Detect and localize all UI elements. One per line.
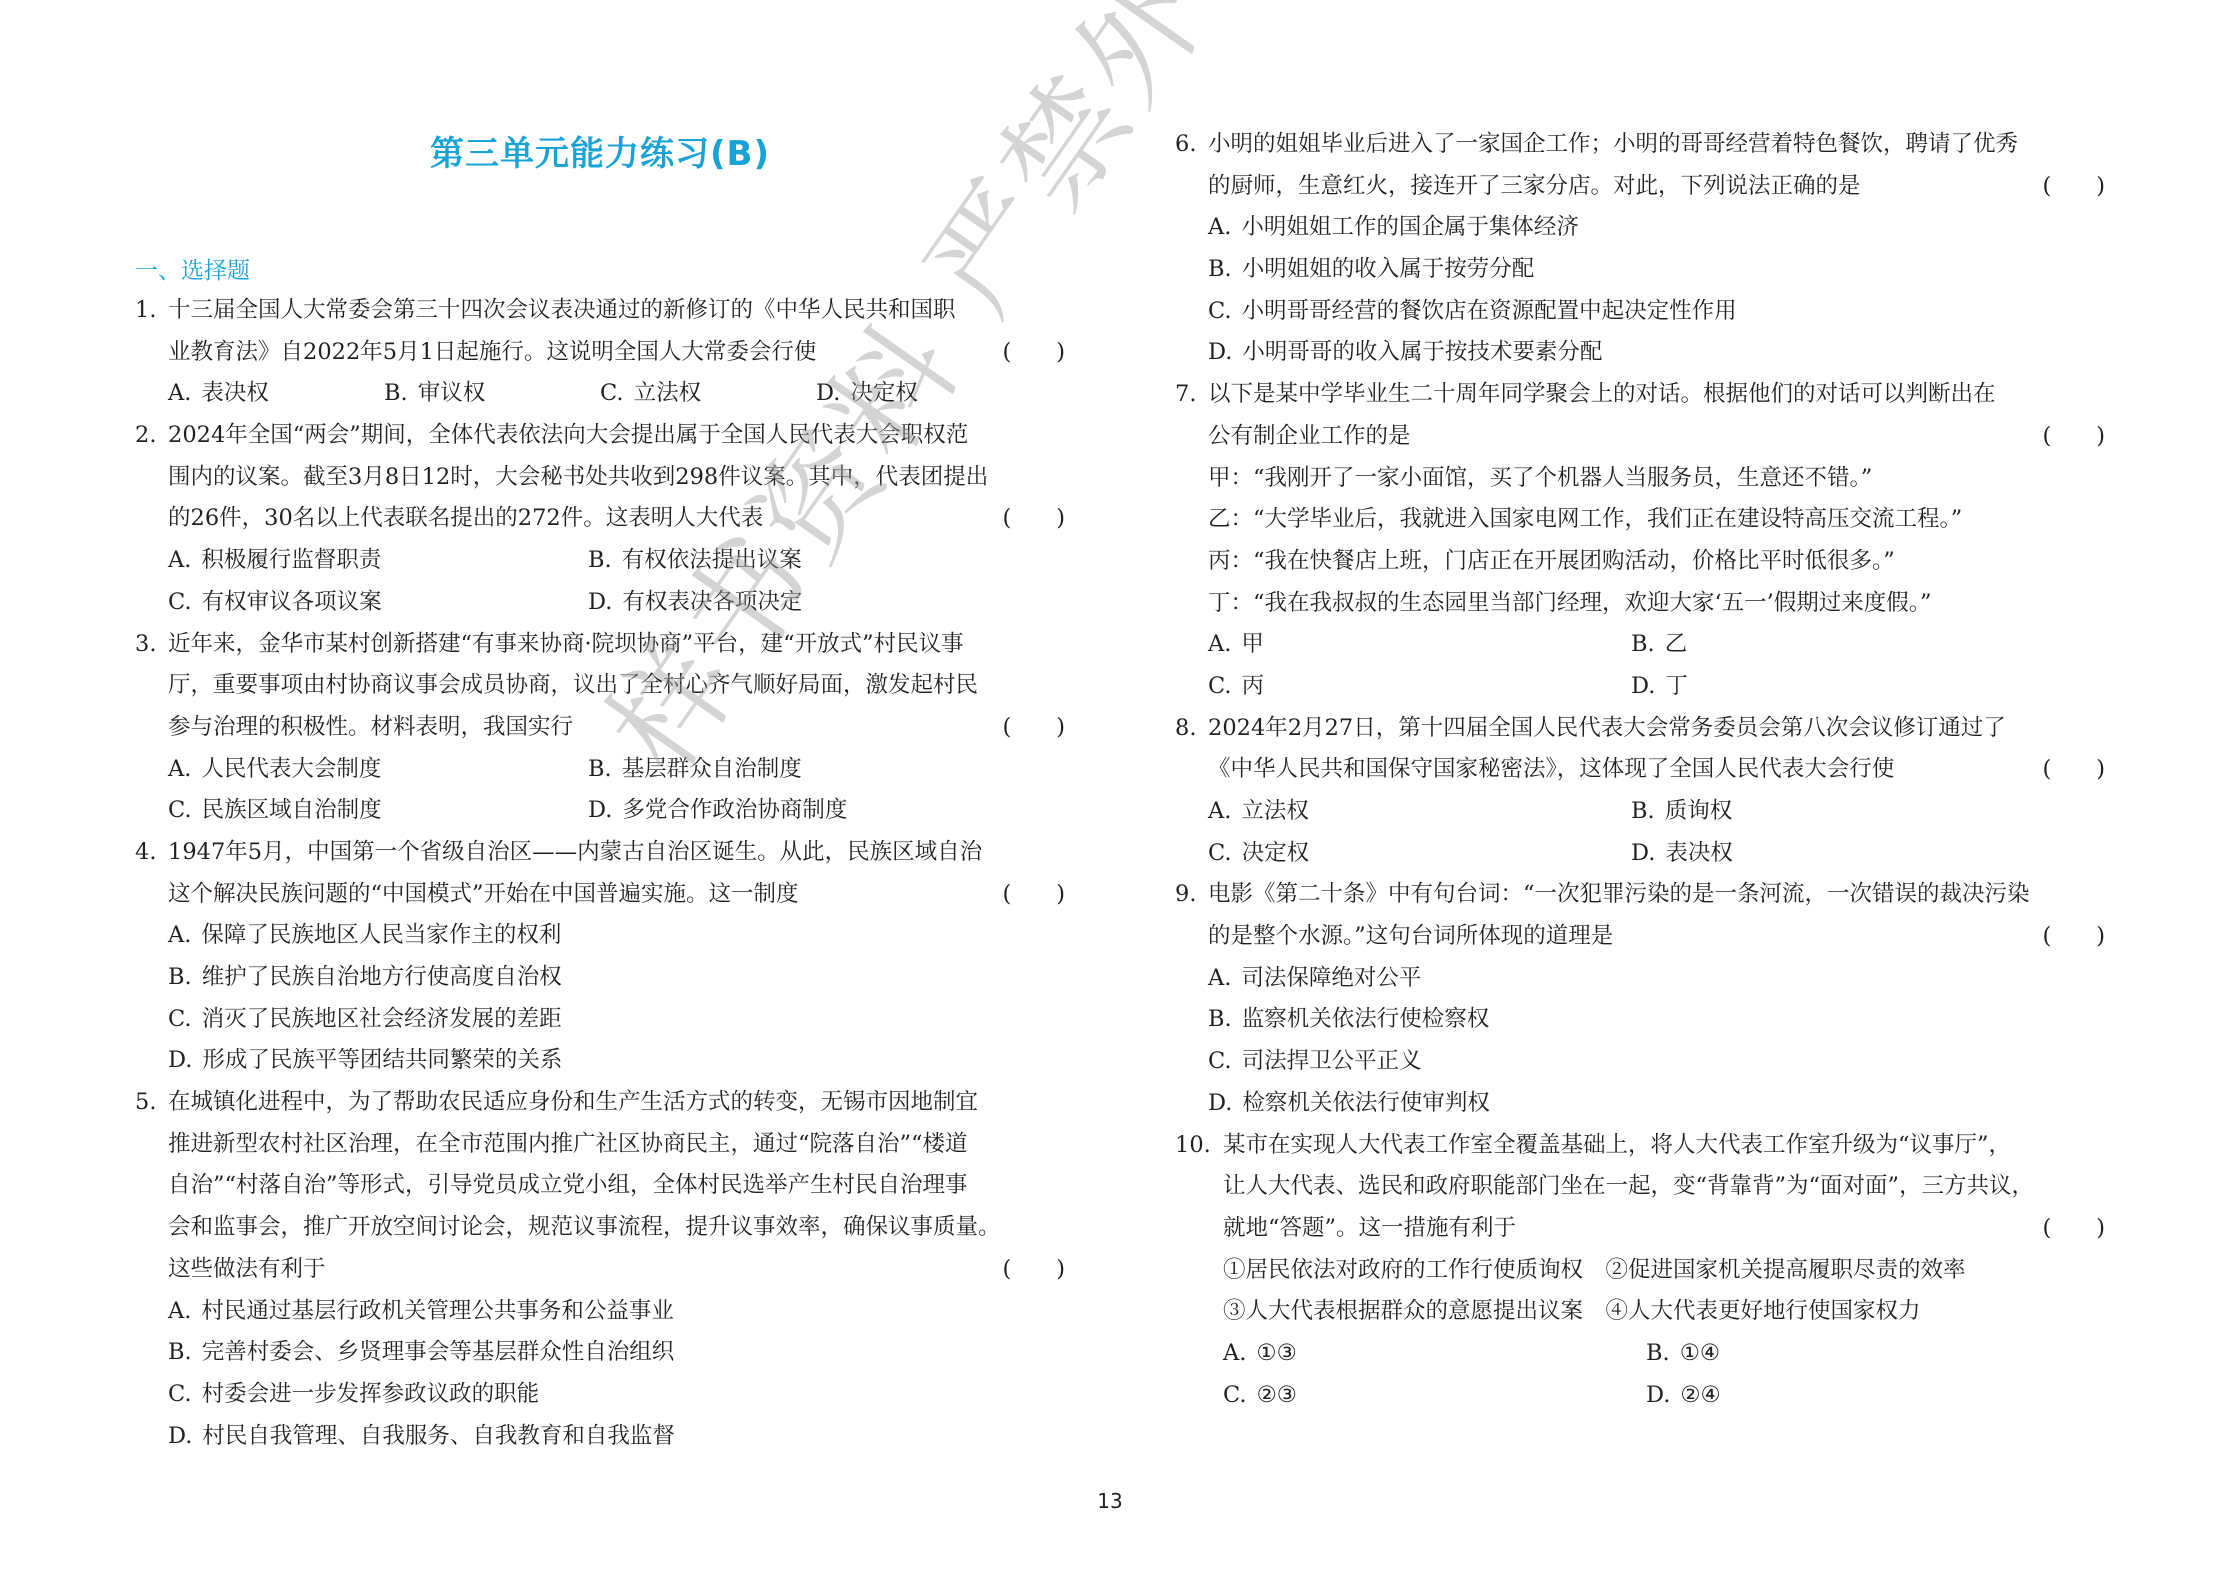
option-c[interactable]: C.②③	[1223, 1375, 1646, 1417]
question-text-line: 某市在实现人大代表工作室全覆盖基础上，将人大代表工作室升级为“议事厅”，	[1175, 1132, 2011, 1158]
answer-blank[interactable]: ( )	[1002, 874, 1065, 916]
question-text-line: 让人大代表、选民和政府职能部门坐在一起，变“背靠背”为“面对面”，三方共议，	[1175, 1173, 2034, 1199]
options: A.村民通过基层行政机关管理公共事务和公益事业 B.完善村委会、乡贤理事会等基层…	[135, 1291, 1065, 1458]
right-column: 6. 小明的姐姐毕业后进入了一家国企工作；小明的哥哥经营着特色餐饮，聘请了优秀 …	[1175, 124, 2105, 1416]
options: A.人民代表大会制度 B.基层群众自治制度 C.民族区域自治制度 D.多党合作政…	[135, 749, 1065, 832]
option-d[interactable]: D.表决权	[1631, 833, 2054, 875]
question-text-line: 的厨师，生意红火，接连开了三家分店。对此，下列说法正确的是	[1175, 173, 1861, 199]
answer-blank[interactable]: ( )	[2042, 1208, 2105, 1250]
question-text-line: 小明的姐姐毕业后进入了一家国企工作；小明的哥哥经营着特色餐饮，聘请了优秀	[1175, 131, 2018, 157]
question-number: 6.	[1175, 124, 1196, 166]
question-text-line: 1947年5月，中国第一个省级自治区——内蒙古自治区诞生。从此，民族区域自治	[135, 839, 982, 865]
option-d[interactable]: D.有权表决各项决定	[588, 582, 1008, 624]
option-b[interactable]: B.质询权	[1631, 791, 2054, 833]
dialogue-line: 丙：“我在快餐店上班，门店正在开展团购活动，价格比平时低很多。”	[1175, 548, 1895, 574]
question-text-line: 公有制企业工作的是	[1175, 423, 1411, 449]
option-d[interactable]: D.决定权	[816, 373, 1032, 415]
answer-blank[interactable]: ( )	[1002, 498, 1065, 540]
option-c[interactable]: C.有权审议各项议案	[168, 582, 588, 624]
option-c[interactable]: C.丙	[1208, 666, 1631, 708]
question-text-line: 十三届全国人大常委会第三十四次会议表决通过的新修订的《中华人民共和国职	[135, 297, 956, 323]
question-number: 2.	[135, 415, 156, 457]
question-text-line: 自治”“村落自治”等形式，引导党员成立党小组，全体村民选举产生村民自治理事	[135, 1172, 968, 1198]
question-text-line: 这些做法有利于	[135, 1256, 326, 1282]
option-a[interactable]: A.立法权	[1208, 791, 1631, 833]
question-text-line: 参与治理的积极性。材料表明，我国实行	[135, 714, 573, 740]
answer-blank[interactable]: ( )	[2042, 416, 2105, 458]
options: A.甲 B.乙 C.丙 D.丁	[1175, 624, 2105, 707]
option-c[interactable]: C.小明哥哥经营的餐饮店在资源配置中起决定性作用	[1208, 291, 2105, 333]
option-c[interactable]: C.消灭了民族地区社会经济发展的差距	[168, 999, 1065, 1041]
option-c[interactable]: C.决定权	[1208, 833, 1631, 875]
dialogue-line: 乙：“大学毕业后，我就进入国家电网工作，我们正在建设特高压交流工程。”	[1175, 506, 1962, 532]
option-b[interactable]: B.小明姐姐的收入属于按劳分配	[1208, 249, 2105, 291]
option-a[interactable]: A.人民代表大会制度	[168, 749, 588, 791]
option-b[interactable]: B.①④	[1646, 1333, 2069, 1375]
question-text-line: 这个解决民族问题的“中国模式”开始在中国普遍实施。这一制度	[135, 881, 799, 907]
page-title: 第三单元能力练习(B)	[135, 126, 1065, 175]
question-text-line: 就地“答题”。这一措施有利于	[1175, 1215, 1516, 1241]
question-text-line: 电影《第二十条》中有句台词：“一次犯罪污染的是一条河流，一次错误的裁决污染	[1175, 881, 2030, 907]
question-2: 2. 2024年全国“两会”期间，全体代表依法向大会提出属于全国人民代表大会职权…	[135, 415, 1065, 623]
question-text-line: 近年来，金华市某村创新搭建“有事来协商·院坝协商”平台，建“开放式”村民议事	[135, 631, 964, 657]
option-b[interactable]: B.审议权	[384, 373, 600, 415]
options: A.保障了民族地区人民当家作主的权利 B.维护了民族自治地方行使高度自治权 C.…	[135, 915, 1065, 1082]
option-b[interactable]: B.监察机关依法行使检察权	[1208, 999, 2105, 1041]
option-a[interactable]: A.①③	[1223, 1333, 1646, 1375]
option-d[interactable]: D.丁	[1631, 666, 2054, 708]
answer-blank[interactable]: ( )	[1002, 1249, 1065, 1291]
question-4: 4. 1947年5月，中国第一个省级自治区——内蒙古自治区诞生。从此，民族区域自…	[135, 832, 1065, 1082]
dialogue-line: 甲：“我刚开了一家小面馆，买了个机器人当服务员，生意还不错。”	[1175, 465, 1872, 491]
question-text-line: 的是整个水源。”这句台词所体现的道理是	[1175, 923, 1613, 949]
options: A.小明姐姐工作的国企属于集体经济 B.小明姐姐的收入属于按劳分配 C.小明哥哥…	[1175, 207, 2105, 374]
question-10: 10. 某市在实现人大代表工作室全覆盖基础上，将人大代表工作室升级为“议事厅”，…	[1175, 1125, 2105, 1417]
option-d[interactable]: D.小明哥哥的收入属于按技术要素分配	[1208, 332, 2105, 374]
question-text-line: 2024年全国“两会”期间，全体代表依法向大会提出属于全国人民代表大会职权范	[135, 422, 968, 448]
question-text-line: 在城镇化进程中，为了帮助农民适应身份和生产生活方式的转变，无锡市因地制宜	[135, 1089, 978, 1115]
statement-line: ①居民依法对政府的工作行使质询权 ②促进国家机关提高履职尽责的效率	[1175, 1257, 1966, 1283]
option-c[interactable]: C.民族区域自治制度	[168, 790, 588, 832]
question-number: 10.	[1175, 1125, 1211, 1167]
section-heading: 一、选择题	[135, 252, 250, 285]
question-text-line: 推进新型农村社区治理，在全市范围内推广社区协商民主，通过“院落自治”“楼道	[135, 1131, 968, 1157]
question-number: 3.	[135, 624, 156, 666]
option-d[interactable]: D.多党合作政治协商制度	[588, 790, 1008, 832]
question-text-line: 围内的议案。截至3月8日12时，大会秘书处共收到298件议案。其中，代表团提出	[135, 464, 988, 490]
option-d[interactable]: D.村民自我管理、自我服务、自我教育和自我监督	[168, 1416, 1065, 1458]
question-text-line: 2024年2月27日，第十四届全国人民代表大会常务委员会第八次会议修订通过了	[1175, 715, 2006, 741]
option-b[interactable]: B.维护了民族自治地方行使高度自治权	[168, 957, 1065, 999]
options: A.表决权 B.审议权 C.立法权 D.决定权	[135, 373, 1065, 415]
question-text-line: 会和监事会，推广开放空间讨论会，规范议事流程，提升议事效率，确保议事质量。	[135, 1214, 1001, 1240]
option-a[interactable]: A.积极履行监督职责	[168, 540, 588, 582]
dialogue-line: 丁：“我在我叔叔的生态园里当部门经理，欢迎大家‘五一’假期过来度假。”	[1175, 590, 1932, 616]
option-b[interactable]: B.完善村委会、乡贤理事会等基层群众性自治组织	[168, 1332, 1065, 1374]
page-number: 13	[0, 1489, 2220, 1513]
statement-line: ③人大代表根据群众的意愿提出议案 ④人大代表更好地行使国家权力	[1175, 1298, 1921, 1324]
option-b[interactable]: B.乙	[1631, 624, 2054, 666]
answer-blank[interactable]: ( )	[2042, 166, 2105, 208]
options: A.立法权 B.质询权 C.决定权 D.表决权	[1175, 791, 2105, 874]
option-a[interactable]: A.表决权	[168, 373, 384, 415]
option-b[interactable]: B.有权依法提出议案	[588, 540, 1008, 582]
question-7: 7. 以下是某中学毕业生二十周年同学聚会上的对话。根据他们的对话可以判断出在 公…	[1175, 374, 2105, 708]
option-c[interactable]: C.立法权	[600, 373, 816, 415]
option-a[interactable]: A.保障了民族地区人民当家作主的权利	[168, 915, 1065, 957]
option-c[interactable]: C.村委会进一步发挥参政议政的职能	[168, 1374, 1065, 1416]
question-5: 5. 在城镇化进程中，为了帮助农民适应身份和生产生活方式的转变，无锡市因地制宜 …	[135, 1082, 1065, 1457]
question-text-line: 厅，重要事项由村协商议事会成员协商，议出了全村心齐气顺好局面，激发起村民	[135, 672, 978, 698]
question-text-line: 《中华人民共和国保守国家秘密法》，这体现了全国人民代表大会行使	[1175, 756, 1894, 782]
option-a[interactable]: A.司法保障绝对公平	[1208, 958, 2105, 1000]
option-c[interactable]: C.司法捍卫公平正义	[1208, 1041, 2105, 1083]
option-a[interactable]: A.小明姐姐工作的国企属于集体经济	[1208, 207, 2105, 249]
option-d[interactable]: D.②④	[1646, 1375, 2069, 1417]
question-9: 9. 电影《第二十条》中有句台词：“一次犯罪污染的是一条河流，一次错误的裁决污染…	[1175, 874, 2105, 1124]
question-6: 6. 小明的姐姐毕业后进入了一家国企工作；小明的哥哥经营着特色餐饮，聘请了优秀 …	[1175, 124, 2105, 374]
question-text-line: 的26件，30名以上代表联名提出的272件。这表明人大代表	[135, 505, 763, 531]
answer-blank[interactable]: ( )	[2042, 916, 2105, 958]
question-number: 1.	[135, 290, 156, 332]
question-1: 1. 十三届全国人大常委会第三十四次会议表决通过的新修订的《中华人民共和国职 业…	[135, 290, 1065, 415]
option-a[interactable]: A.村民通过基层行政机关管理公共事务和公益事业	[168, 1291, 1065, 1333]
question-number: 8.	[1175, 708, 1196, 750]
option-a[interactable]: A.甲	[1208, 624, 1631, 666]
options: A.①③ B.①④ C.②③ D.②④	[1175, 1333, 2105, 1416]
question-number: 4.	[135, 832, 156, 874]
question-number: 5.	[135, 1082, 156, 1124]
question-number: 9.	[1175, 874, 1196, 916]
option-b[interactable]: B.基层群众自治制度	[588, 749, 1008, 791]
answer-blank[interactable]: ( )	[2042, 749, 2105, 791]
answer-blank[interactable]: ( )	[1002, 332, 1065, 374]
options: A.司法保障绝对公平 B.监察机关依法行使检察权 C.司法捍卫公平正义 D.检察…	[1175, 958, 2105, 1125]
question-8: 8. 2024年2月27日，第十四届全国人民代表大会常务委员会第八次会议修订通过…	[1175, 708, 2105, 875]
question-text-line: 业教育法》自2022年5月1日起施行。这说明全国人大常委会行使	[135, 339, 816, 365]
option-d[interactable]: D.检察机关依法行使审判权	[1208, 1083, 2105, 1125]
question-text-line: 以下是某中学毕业生二十周年同学聚会上的对话。根据他们的对话可以判断出在	[1175, 381, 1996, 407]
options: A.积极履行监督职责 B.有权依法提出议案 C.有权审议各项议案 D.有权表决各…	[135, 540, 1065, 623]
left-column: 1. 十三届全国人大常委会第三十四次会议表决通过的新修订的《中华人民共和国职 业…	[135, 290, 1065, 1457]
question-number: 7.	[1175, 374, 1196, 416]
question-3: 3. 近年来，金华市某村创新搭建“有事来协商·院坝协商”平台，建“开放式”村民议…	[135, 624, 1065, 832]
worksheet-page: 第三单元能力练习(B) 一、选择题 1. 十三届全国人大常委会第三十四次会议表决…	[0, 0, 2220, 1571]
option-d[interactable]: D.形成了民族平等团结共同繁荣的关系	[168, 1040, 1065, 1082]
answer-blank[interactable]: ( )	[1002, 707, 1065, 749]
